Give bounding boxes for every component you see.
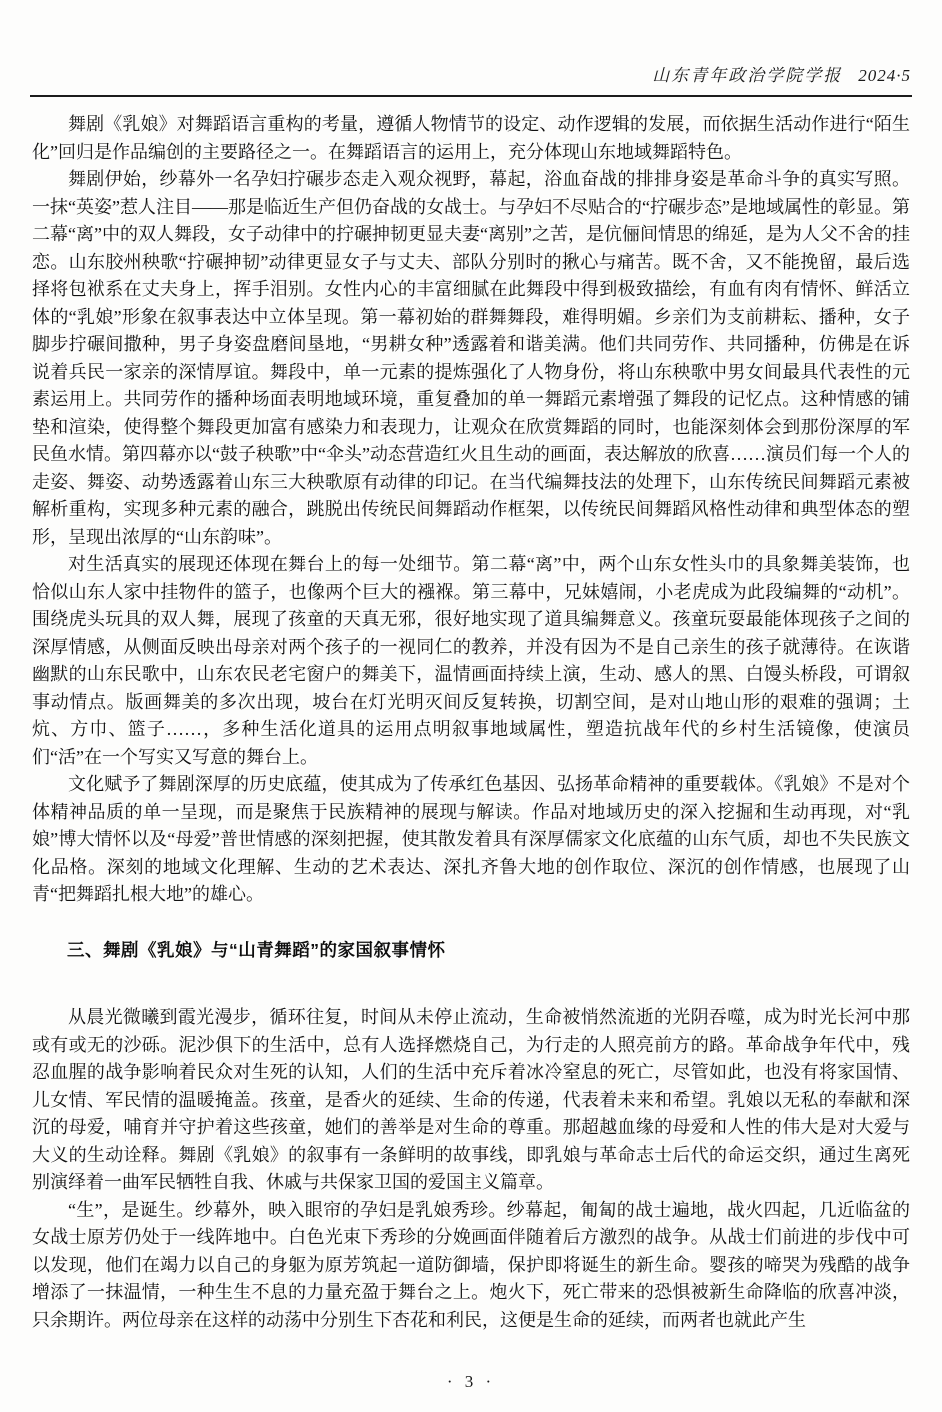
paragraph-opening-scenes: 舞剧伊始，纱幕外一名孕妇拧碾步态走入观众视野，幕起，浴血奋战的排排身姿是革命斗争… <box>32 166 910 551</box>
paragraph-birth: “生”，是诞生。纱幕外，映入眼帘的孕妇是乳娘秀珍。纱幕起，匍匐的战士遍地，战火四… <box>32 1197 910 1335</box>
section-heading: 三、舞剧《乳娘》与“山青舞蹈”的家国叙事情怀 <box>32 937 910 965</box>
journal-issue: 2024·5 <box>858 66 911 85</box>
header-rule <box>30 95 912 97</box>
paragraph-time-and-life: 从晨光微曦到霞光漫步，循环往复，时间从未停止流动，生命被悄然流逝的光阴吞噬，成为… <box>32 1004 910 1197</box>
paragraph-cultural-heritage: 文化赋予了舞剧深厚的历史底蕴，使其成为了传承红色基因、弘扬革命精神的重要载体。《… <box>32 771 910 909</box>
journal-page: 山东青年政治学院学报2024·5 舞剧《乳娘》对舞蹈语言重构的考量，遵循人物情节… <box>0 0 942 1412</box>
journal-title: 山东青年政治学院学报 <box>652 66 842 85</box>
page-number: · 3 · <box>0 1372 942 1392</box>
paragraph-stage-details: 对生活真实的展现还体现在舞台上的每一处细节。第二幕“离”中，两个山东女性头巾的具… <box>32 551 910 771</box>
article-body: 舞剧《乳娘》对舞蹈语言重构的考量，遵循人物情节的设定、动作逻辑的发展，而依据生活… <box>32 111 910 1334</box>
paragraph-dance-language: 舞剧《乳娘》对舞蹈语言重构的考量，遵循人物情节的设定、动作逻辑的发展，而依据生活… <box>32 111 910 166</box>
running-head: 山东青年政治学院学报2024·5 <box>652 61 911 86</box>
